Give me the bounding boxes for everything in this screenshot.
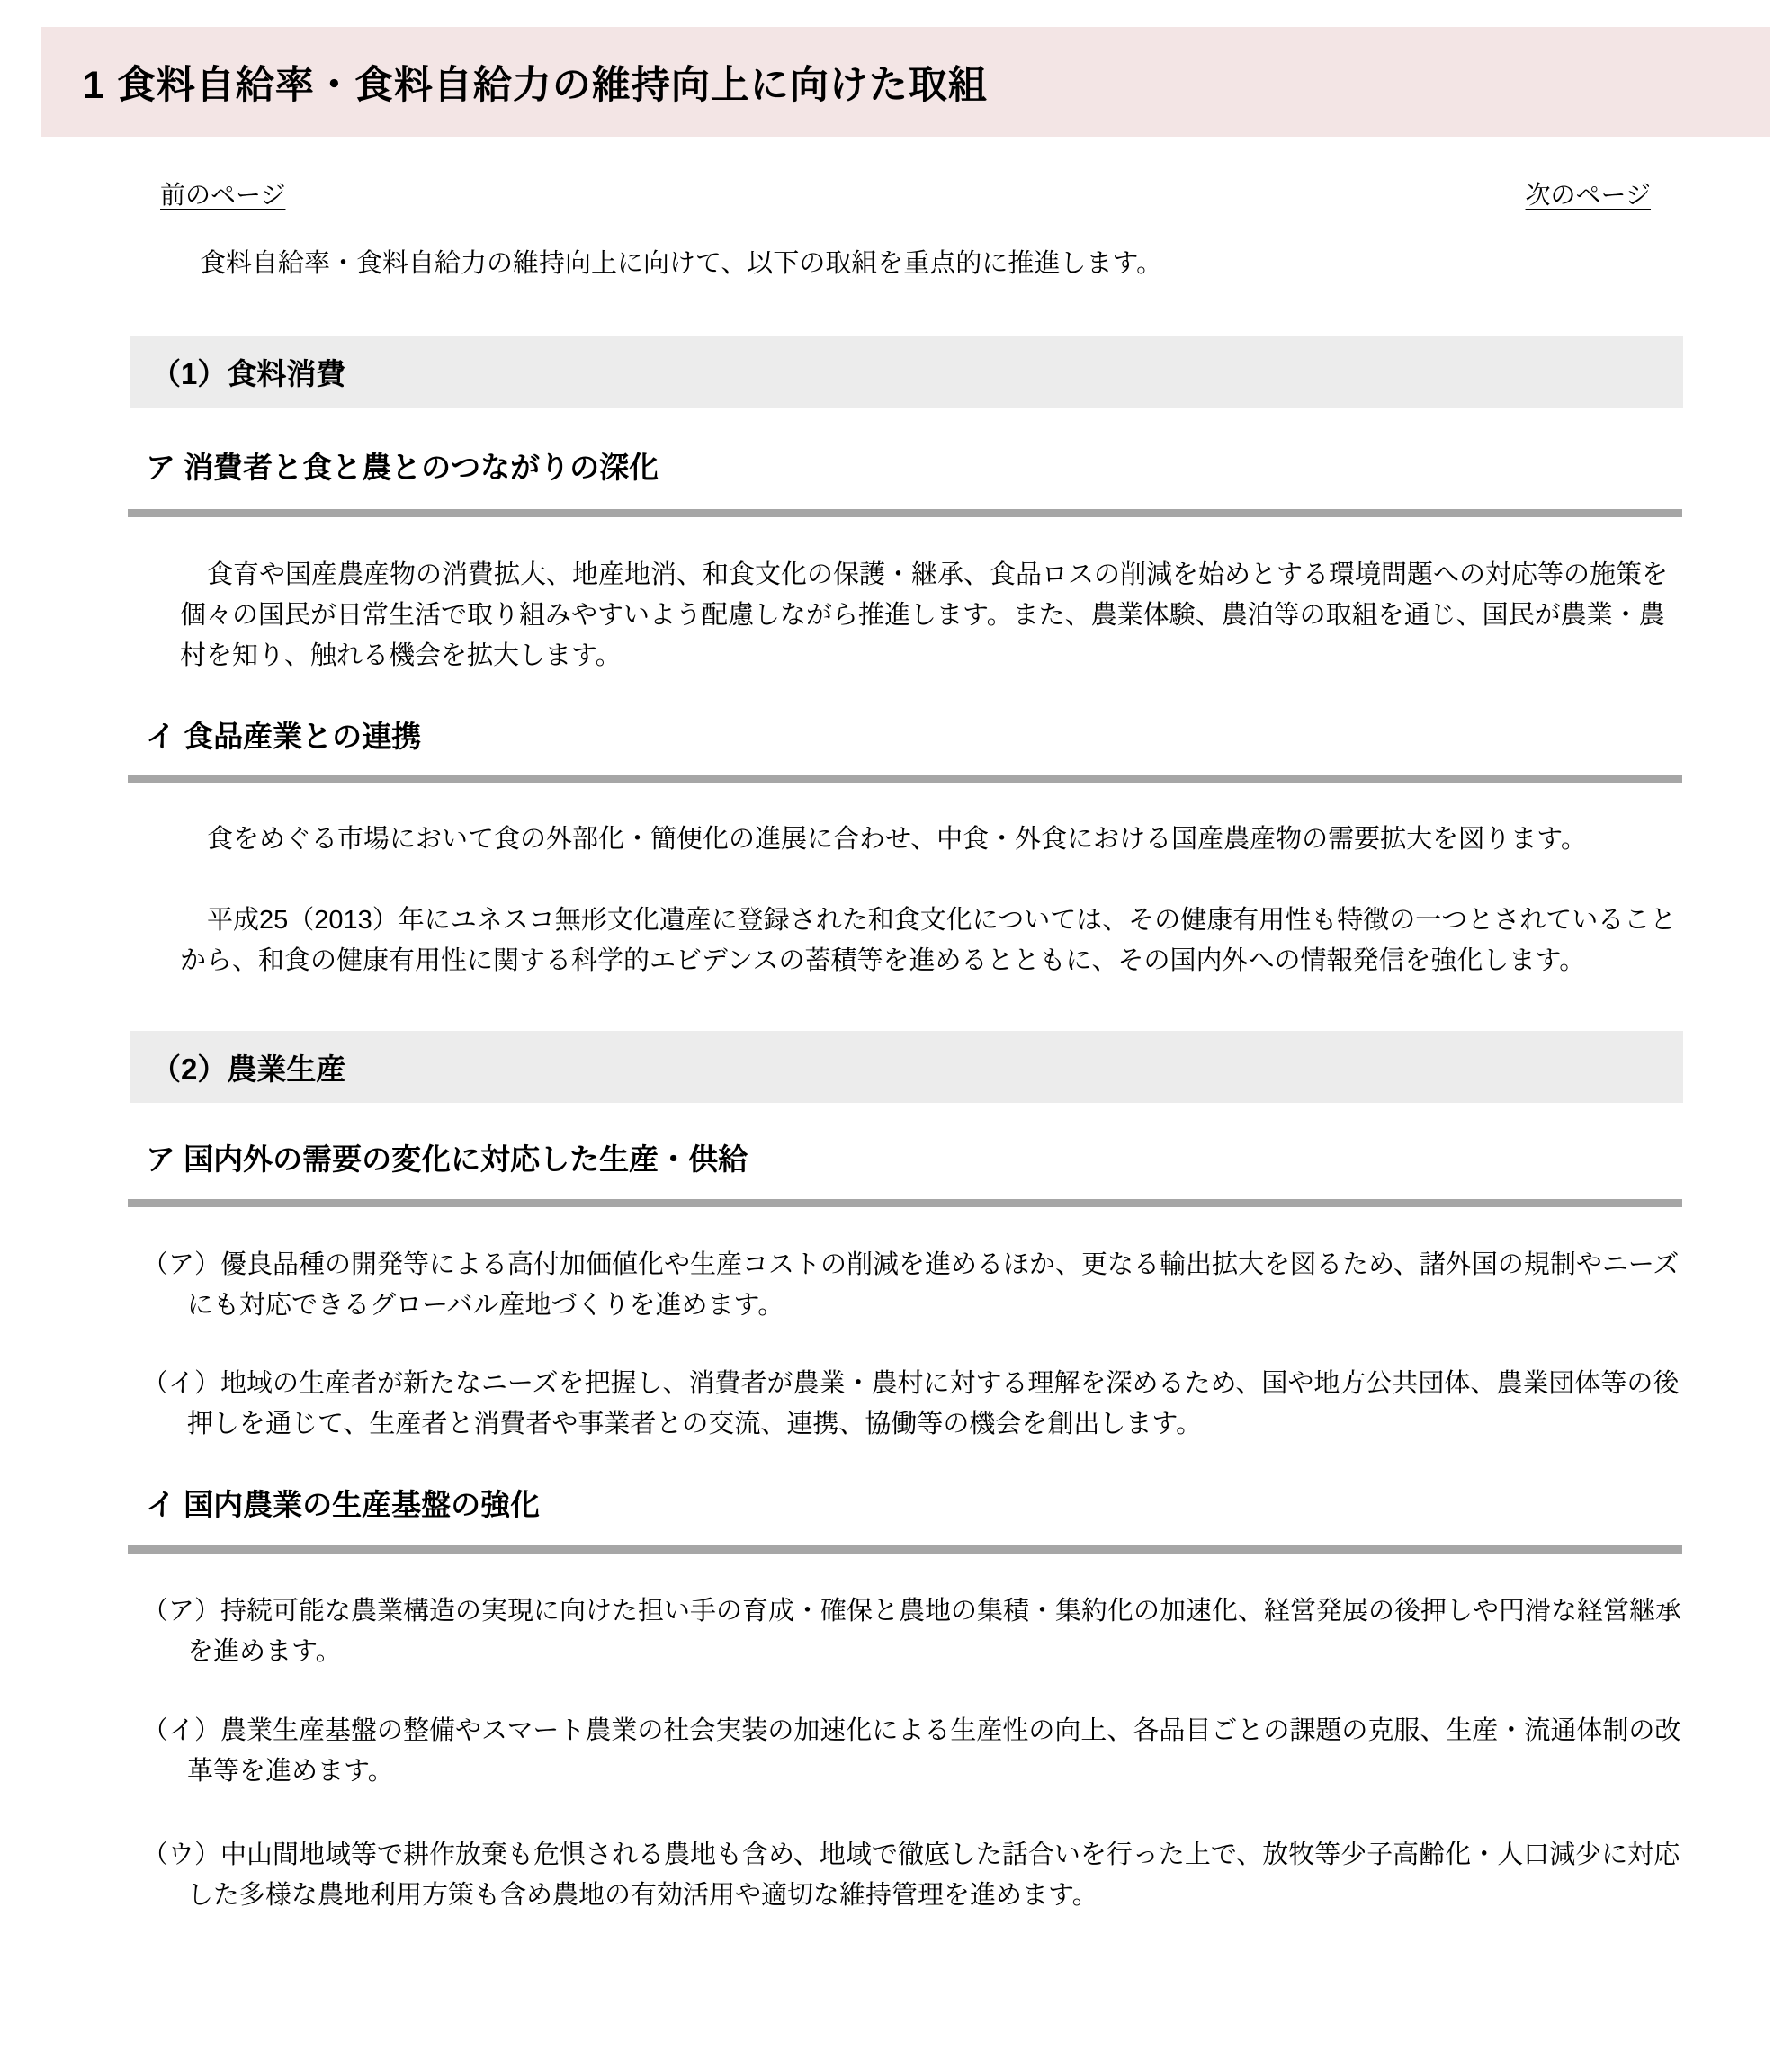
section-1-label: （1）食料消費 [151,351,345,393]
section-2-header: （2）農業生産 [130,1031,1683,1103]
list-item-2a-1: （ア）優良品種の開発等による高付加価値化や生産コストの削減を進めるほか、更なる輸… [0,1245,1792,1326]
list-item-2b-1: （ア）持続可能な農業構造の実現に向けた担い手の育成・確保と農地の集積・集約化の加… [0,1591,1792,1672]
section-1-header: （1）食料消費 [130,336,1683,408]
subsection-heading-1a: ア 消費者と食と農とのつながりの深化 [146,450,1684,486]
subsection-heading-2b: イ 国内農業の生産基盤の強化 [146,1487,1684,1523]
paragraph-1b-1: 食をめぐる市場において食の外部化・簡便化の進展に合わせ、中食・外食における国産農… [0,820,1792,860]
page-title: 1 食料自給率・食料自給力の維持向上に向けた取組 [83,55,988,110]
intro-paragraph: 食料自給率・食料自給力の維持向上に向けて、以下の取組を重点的に推進します。 [200,244,1682,284]
page-navigation: 前のページ 次のページ [0,175,1792,212]
paragraph-1a-1: 食育や国産農産物の消費拡大、地産地消、和食文化の保護・継承、食品ロスの削減を始め… [0,555,1792,676]
divider-rule [128,1545,1682,1554]
prev-page-link[interactable]: 前のページ [160,175,285,211]
next-page-link[interactable]: 次のページ [1526,175,1651,211]
divider-rule [128,775,1682,783]
divider-rule [128,1199,1682,1207]
list-item-2a-2: （イ）地域の生産者が新たなニーズを把握し、消費者が農業・農村に対する理解を深める… [0,1364,1792,1445]
subsection-heading-2a: ア 国内外の需要の変化に対応した生産・供給 [146,1142,1684,1178]
paragraph-1b-2: 平成25（2013）年にユネスコ無形文化遺産に登録された和食文化については、その… [0,900,1792,981]
section-2-label: （2）農業生産 [151,1046,345,1088]
divider-rule [128,509,1682,517]
list-item-2b-2: （イ）農業生産基盤の整備やスマート農業の社会実装の加速化による生産性の向上、各品… [0,1711,1792,1792]
list-item-2b-3: （ウ）中山間地域等で耕作放棄も危惧される農地も含め、地域で徹底した話合いを行った… [0,1835,1792,1916]
page-header-banner: 1 食料自給率・食料自給力の維持向上に向けた取組 [41,27,1770,137]
subsection-heading-1b: イ 食品産業との連携 [146,719,1684,755]
